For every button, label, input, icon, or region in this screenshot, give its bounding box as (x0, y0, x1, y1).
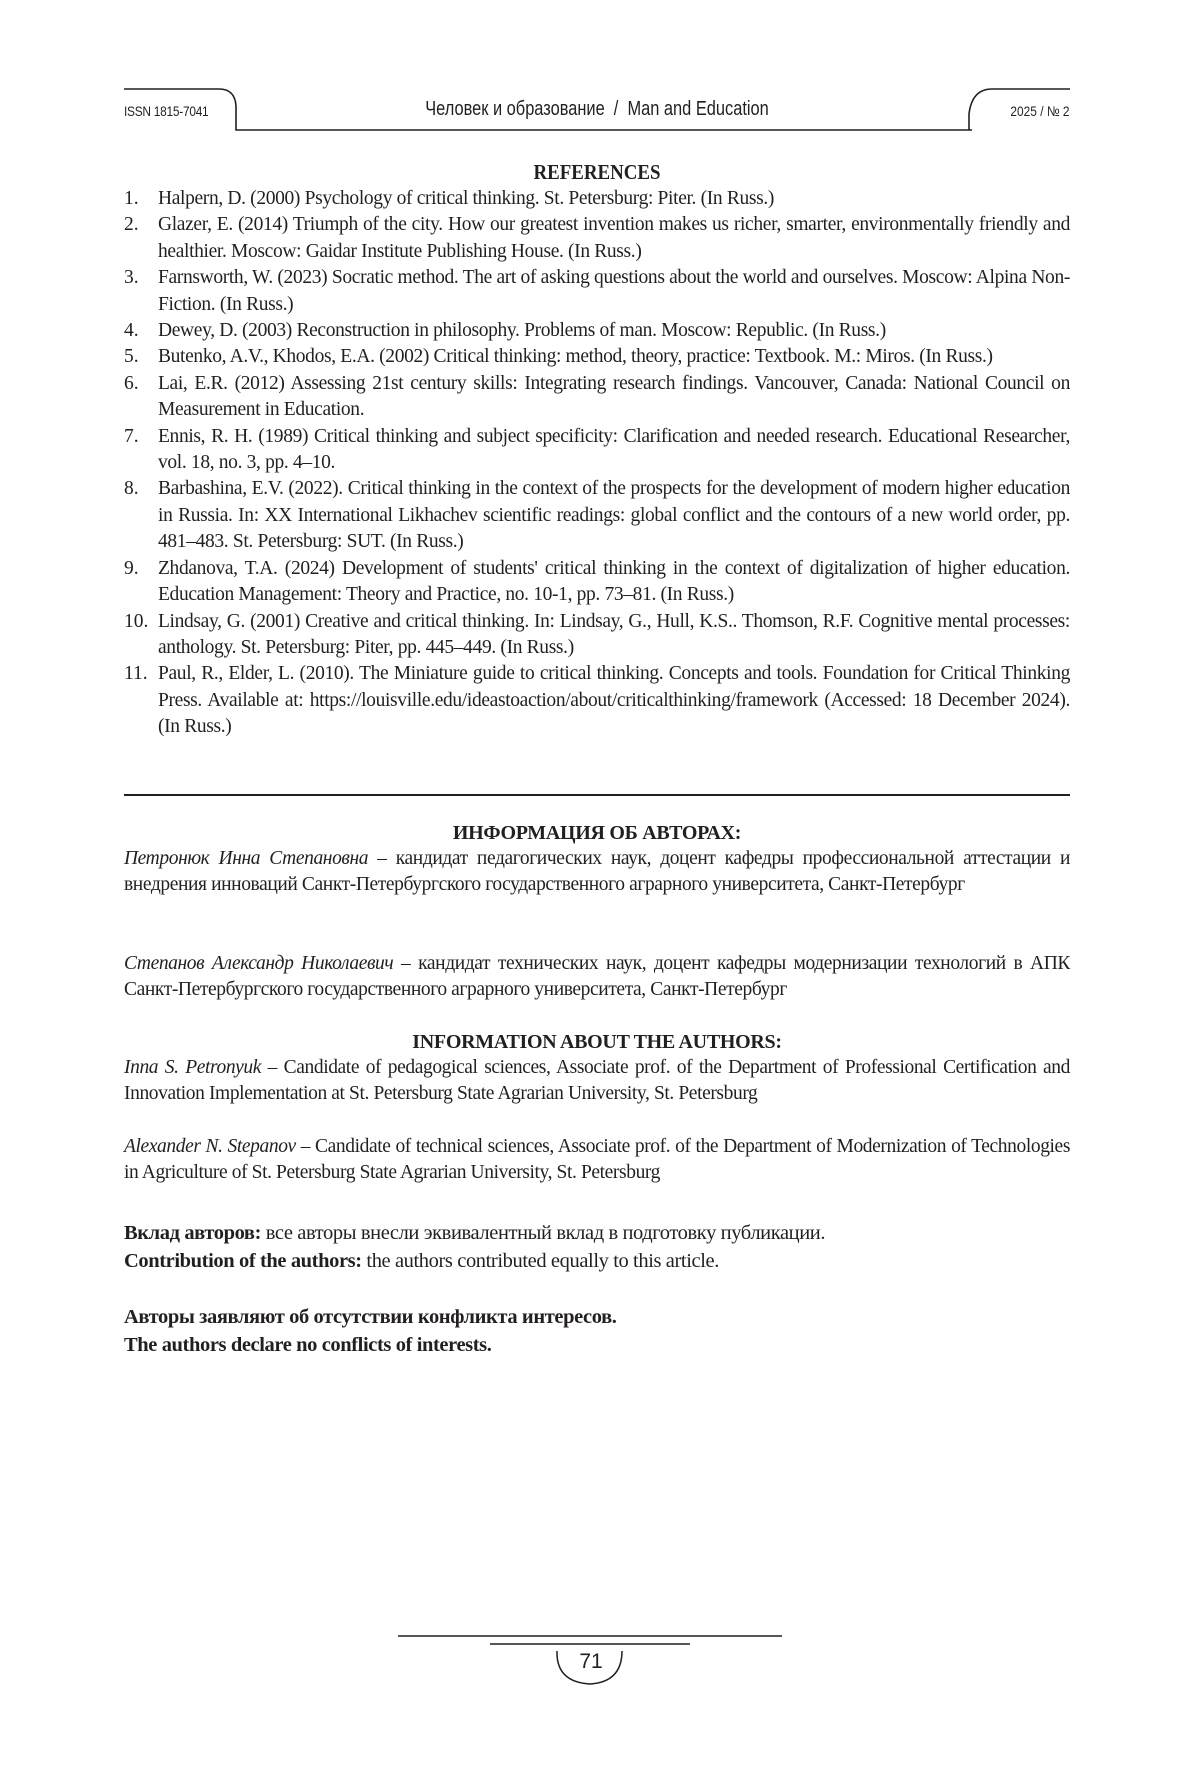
journal-page: ISSN 1815-7041 Человек и образование / M… (0, 0, 1200, 1783)
page-number: 71 (560, 1650, 622, 1674)
footer-ornament (0, 0, 1200, 1783)
